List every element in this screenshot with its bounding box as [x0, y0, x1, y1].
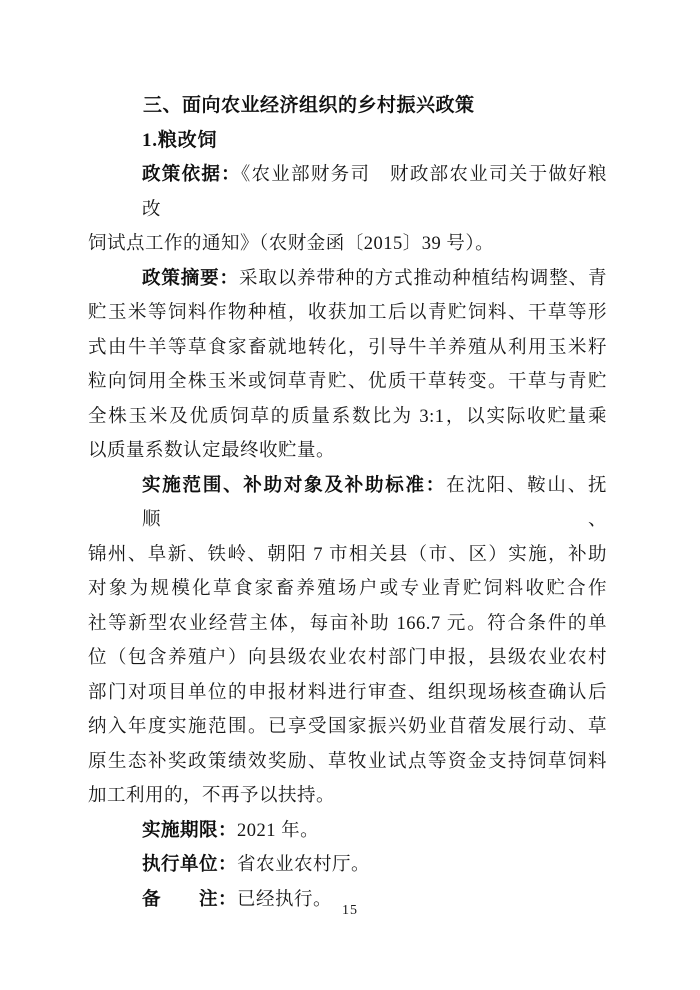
text-line: 政策依据：《农业部财务司 财政部农业司关于做好粮改 [88, 158, 607, 227]
paragraph: 执行单位：省农业农村厅。 [88, 848, 607, 883]
text-line: 贮玉米等饲料作物种植，收获加工后以青贮饲料、干草等形 [88, 296, 607, 331]
paragraph-label: 政策摘要： [142, 269, 239, 289]
text-line: 政策摘要：采取以养带种的方式推动种植结构调整、青 [88, 262, 607, 297]
document-page: 三、面向农业经济组织的乡村振兴政策 1.粮改饲 政策依据：《农业部财务司 财政部… [0, 0, 700, 990]
paragraph: 政策依据：《农业部财务司 财政部农业司关于做好粮改饲试点工作的通知》（农财金函〔… [88, 158, 607, 262]
text-line: 粒向饲用全株玉米或饲草青贮、优质干草转变。干草与青贮 [88, 365, 607, 400]
text-line: 以质量系数认定最终收贮量。 [88, 434, 607, 469]
paragraph: 实施范围、补助对象及补助标准：在沈阳、鞍山、抚顺、锦州、阜新、铁岭、朝阳 7 市… [88, 469, 607, 814]
text-line: 社等新型农业经营主体，每亩补助 166.7 元。符合条件的单 [88, 607, 607, 642]
text-line: 部门对项目单位的申报材料进行审查、组织现场核查确认后 [88, 676, 607, 711]
text-line: 全株玉米及优质饲草的质量系数比为 3:1，以实际收贮量乘 [88, 400, 607, 435]
section-heading: 三、面向农业经济组织的乡村振兴政策 [88, 89, 607, 124]
text-line: 纳入年度实施范围。已享受国家振兴奶业苜蓿发展行动、草 [88, 710, 607, 745]
text-line: 原生态补奖政策绩效奖励、草牧业试点等资金支持饲草饲料 [88, 745, 607, 780]
paragraph-label: 执行单位： [142, 855, 237, 875]
text-line: 锦州、阜新、铁岭、朝阳 7 市相关县（市、区）实施，补助 [88, 538, 607, 573]
text-line: 加工利用的，不再予以扶持。 [88, 779, 607, 814]
paragraph: 实施期限：2021 年。 [88, 814, 607, 849]
text-line: 式由牛羊等草食家畜就地转化，引导牛羊养殖从利用玉米籽 [88, 331, 607, 366]
text-line: 饲试点工作的通知》（农财金函〔2015〕39 号）。 [88, 227, 607, 262]
policy-subheading: 1.粮改饲 [88, 124, 607, 159]
text-line: 位（包含养殖户）向县级农业农村部门申报，县级农业农村 [88, 641, 607, 676]
paragraph-label: 实施期限： [142, 821, 237, 841]
paragraph-label: 实施范围、补助对象及补助标准： [142, 476, 446, 496]
page-number: 15 [0, 903, 700, 919]
text-line: 对象为规模化草食家畜养殖场户或专业青贮饲料收贮合作 [88, 572, 607, 607]
text-line: 实施期限：2021 年。 [88, 814, 607, 849]
text-line: 执行单位：省农业农村厅。 [88, 848, 607, 883]
paragraph: 政策摘要：采取以养带种的方式推动种植结构调整、青贮玉米等饲料作物种植，收获加工后… [88, 262, 607, 469]
document-content: 三、面向农业经济组织的乡村振兴政策 1.粮改饲 政策依据：《农业部财务司 财政部… [88, 89, 607, 917]
paragraph-label: 政策依据： [142, 165, 241, 185]
paragraphs-container: 政策依据：《农业部财务司 财政部农业司关于做好粮改饲试点工作的通知》（农财金函〔… [88, 158, 607, 917]
text-line: 实施范围、补助对象及补助标准：在沈阳、鞍山、抚顺、 [88, 469, 607, 538]
